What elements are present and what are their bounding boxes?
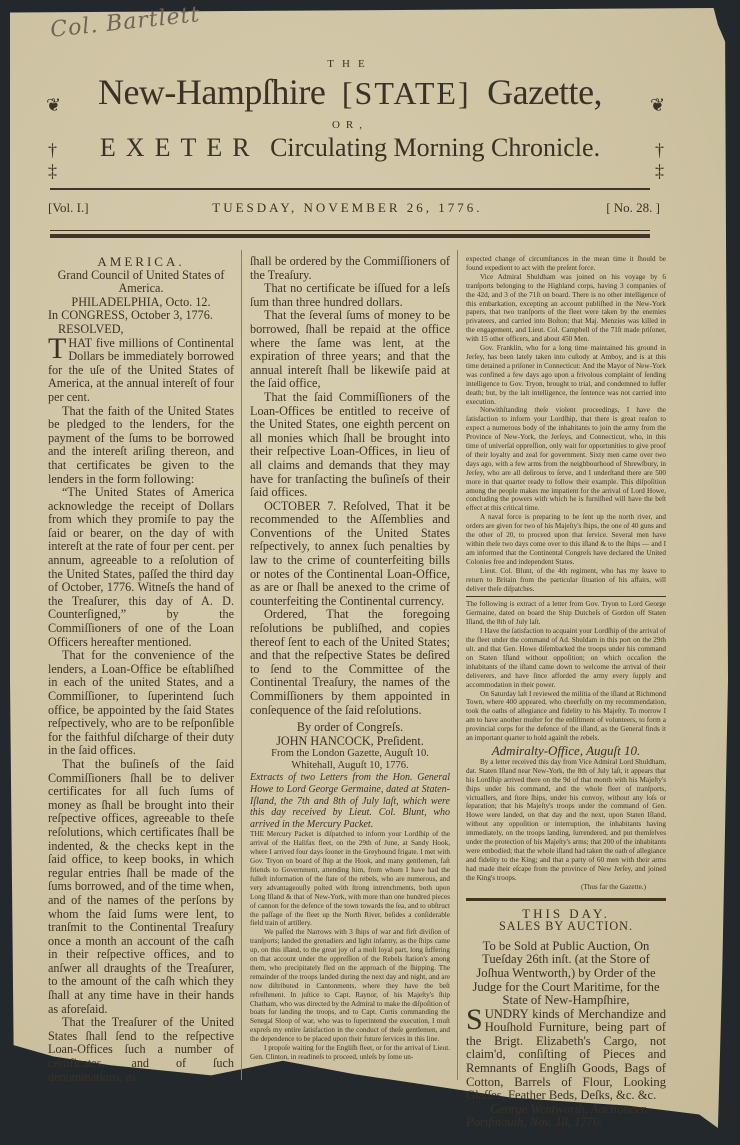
newspaper-title: New-Hampſhire [STATE] Gazette, [40, 72, 660, 113]
masthead: THE New-Hampſhire [STATE] Gazette, OR, E… [40, 58, 660, 163]
auction-heading-1: THIS DAY. [466, 907, 666, 921]
article-paragraph: That the Treaſurer of the United States … [48, 1016, 234, 1084]
auction-heading-2: SALES BY AUCTION. [466, 920, 666, 934]
subtitle-exeter: EXETER [100, 133, 260, 162]
column-divider [457, 250, 458, 1080]
letter-paragraph: Gov. Franklin, who for a long time maint… [466, 344, 666, 406]
column-1: AMERICA. Grand Council of United States … [48, 255, 234, 1084]
tryon-paragraph: I Have the ſatisfaction to acquaint your… [466, 627, 666, 689]
subtitle-rest: Circulating Morning Chronicle. [270, 133, 600, 162]
auction-dateline: Portſmouth, Nov. 18, 1776. [466, 1116, 666, 1130]
article-paragraph: That no certificate be iſſued for a leſs… [250, 282, 450, 309]
letter-paragraph: THE Mercury Packet is diſpatched to info… [250, 830, 450, 928]
letter-paragraph: expected change of circumſtances in the … [466, 255, 666, 273]
auction-body: SUNDRY kinds of Merchandize and Houſhold… [466, 1008, 666, 1103]
title-part1: New-Hampſhire [98, 72, 325, 112]
masthead-rule [50, 188, 650, 190]
article-paragraph: THAT five millions of Continental Dollar… [48, 337, 234, 405]
dateline-rule-thick [50, 234, 650, 238]
title-bracket: [STATE] [342, 75, 471, 111]
gazette-source-date: Whitehall, Auguſt 10, 1776. [250, 760, 450, 772]
gazette-source: From the London Gazette, Auguſt 10. [250, 748, 450, 760]
extract-heading: Extracts of two Letters from the Hon. Ge… [250, 772, 450, 830]
letter-paragraph: A naval force is preparing to be ſent up… [466, 513, 666, 566]
admiralty-end: (Thus far the Gazette.) [466, 883, 666, 892]
volume-label: [Vol. I.] [48, 200, 89, 216]
resolved-label: RESOLVED, [48, 323, 234, 337]
article-paragraph: That for the convenience of the lenders,… [48, 649, 234, 758]
letter-paragraph: We paſſed the Narrows with 3 ſhips of wa… [250, 928, 450, 1044]
congress-date: In CONGRESS, October 3, 1776. [48, 309, 234, 323]
auctioneer: George Wentworth, Auctioneer. [466, 1103, 666, 1117]
dateline-rule-thin [50, 230, 650, 231]
place-date: PHILADELPHIA, Octo. 12. [48, 296, 234, 310]
column-3: expected change of circumſtances in the … [466, 255, 666, 1130]
article-paragraph: ſhall be ordered by the Commiſſioners of… [250, 255, 450, 282]
section-heading: AMERICA. [48, 255, 234, 269]
newspaper-subtitle: EXETER Circulating Morning Chronicle. [40, 133, 660, 163]
admiralty-heading: Admiralty-Office, Auguſt 10. [466, 743, 666, 758]
letter-paragraph: Lieut. Col. Blunt, of the 4th regiment, … [466, 567, 666, 594]
tryon-heading: The following is extract of a letter fro… [466, 600, 666, 627]
title-part2: Gazette, [487, 72, 602, 112]
auction-intro: To be Sold at Public Auction, On Tueſday… [466, 940, 666, 1008]
admiralty-paragraph: By a letter received this day from Vice … [466, 758, 666, 883]
article-paragraph: That the buſineſs of the ſaid Commiſſion… [48, 758, 234, 1016]
signatory: JOHN HANCOCK, Preſident. [250, 735, 450, 749]
auction-rule [466, 898, 666, 901]
issue-number: [ No. 28. ] [606, 200, 660, 216]
by-order: By order of Congreſs. [250, 721, 450, 735]
letter-paragraph: I propoſe waiting for the Engliſh fleet,… [250, 1044, 450, 1062]
article-paragraph: That the faith of the United States be p… [48, 405, 234, 487]
article-paragraph: OCTOBER 7. Reſolved, That it be recommen… [250, 500, 450, 609]
dateline: [Vol. I.] TUESDAY, NOVEMBER 26, 1776. [ … [48, 200, 660, 216]
section-rule [466, 596, 666, 597]
masthead-the: THE [40, 58, 660, 70]
tryon-paragraph: On Saturday laſt I reviewed the militia … [466, 690, 666, 743]
article-paragraph: “The United States of America acknowledg… [48, 486, 234, 649]
column-divider [241, 250, 242, 1080]
column-2: ſhall be ordered by the Commiſſioners of… [250, 255, 450, 1062]
article-paragraph: That the ſaid Commiſſioners of the Loan-… [250, 391, 450, 500]
letter-paragraph: Vice Admiral Shuldham was joined on his … [466, 273, 666, 344]
article-paragraph: Ordered, That the foregoing reſolutions … [250, 608, 450, 717]
letter-paragraph: Notwithſtanding theſe violent proceeding… [466, 406, 666, 513]
section-subheading: Grand Council of United States of Americ… [48, 269, 234, 296]
article-paragraph: That the ſeveral ſums of money to be bor… [250, 309, 450, 391]
issue-date: TUESDAY, NOVEMBER 26, 1776. [212, 200, 482, 216]
masthead-or: OR, [40, 119, 660, 131]
